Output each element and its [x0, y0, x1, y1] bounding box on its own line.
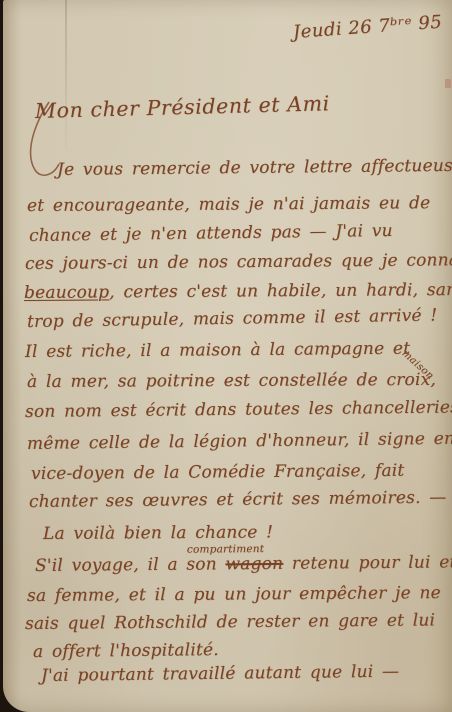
paper-stain — [445, 79, 451, 88]
letter-line: vice-doyen de la Comédie Française, fait — [31, 461, 405, 484]
letter-line: a offert l'hospitalité. — [33, 640, 219, 662]
letter-line: sais quel Rothschild de rester en gare e… — [25, 610, 435, 634]
paper-crease — [65, 0, 67, 150]
letter-line: S'il voyage, il a son wagon retenu pour … — [35, 552, 452, 576]
line-text: retenu pour lui et — [283, 552, 452, 574]
letter-line: La voilà bien la chance ! — [43, 522, 273, 544]
letter-line: ces jours-ci un de nos camarades que je … — [25, 250, 452, 274]
letter-line: beaucoup, certes c'est un habile, un har… — [24, 280, 452, 303]
letter-line: et encourageante, mais je n'ai jamais eu… — [27, 193, 430, 216]
struck-word: wagon — [225, 554, 283, 575]
letter-line: chance et je n'en attends pas — J'ai vu — [29, 221, 393, 246]
underlined-word: beaucoup — [24, 282, 109, 303]
letter-line: même celle de la légion d'honneur, il si… — [27, 429, 452, 454]
date-line: Jeudi 26 7ᵇʳᵉ 95 — [292, 11, 449, 43]
salutation: Mon cher Président et Ami — [35, 91, 330, 123]
interline-insertion: compartiment — [187, 543, 264, 556]
letter-line: trop de scrupule, mais comme il est arri… — [27, 306, 438, 332]
letter-line: son nom est écrit dans toutes les chance… — [25, 397, 452, 422]
line-text: , certes c'est un habile, un hardi, sans — [109, 280, 452, 302]
letter-line: J'ai pourtant travaillé autant que lui — — [41, 662, 399, 686]
line-text: S'il voyage, il a son — [35, 554, 226, 576]
letter-line: chanter ses œuvres et écrit ses mémoires… — [29, 488, 447, 512]
letter-line: sa femme, et il a pu un jour empêcher je… — [27, 583, 441, 606]
letter-scan: Jeudi 26 7ᵇʳᵉ 95 Mon cher Président et A… — [0, 0, 452, 712]
letter-paper: Jeudi 26 7ᵇʳᵉ 95 Mon cher Président et A… — [3, 0, 452, 712]
letter-line: à la mer, sa poitrine est constellée de … — [27, 370, 436, 392]
letter-line: Il est riche, il a maison à la campagne … — [25, 339, 410, 362]
letter-line: Je vous remercie de votre lettre affectu… — [57, 156, 452, 180]
